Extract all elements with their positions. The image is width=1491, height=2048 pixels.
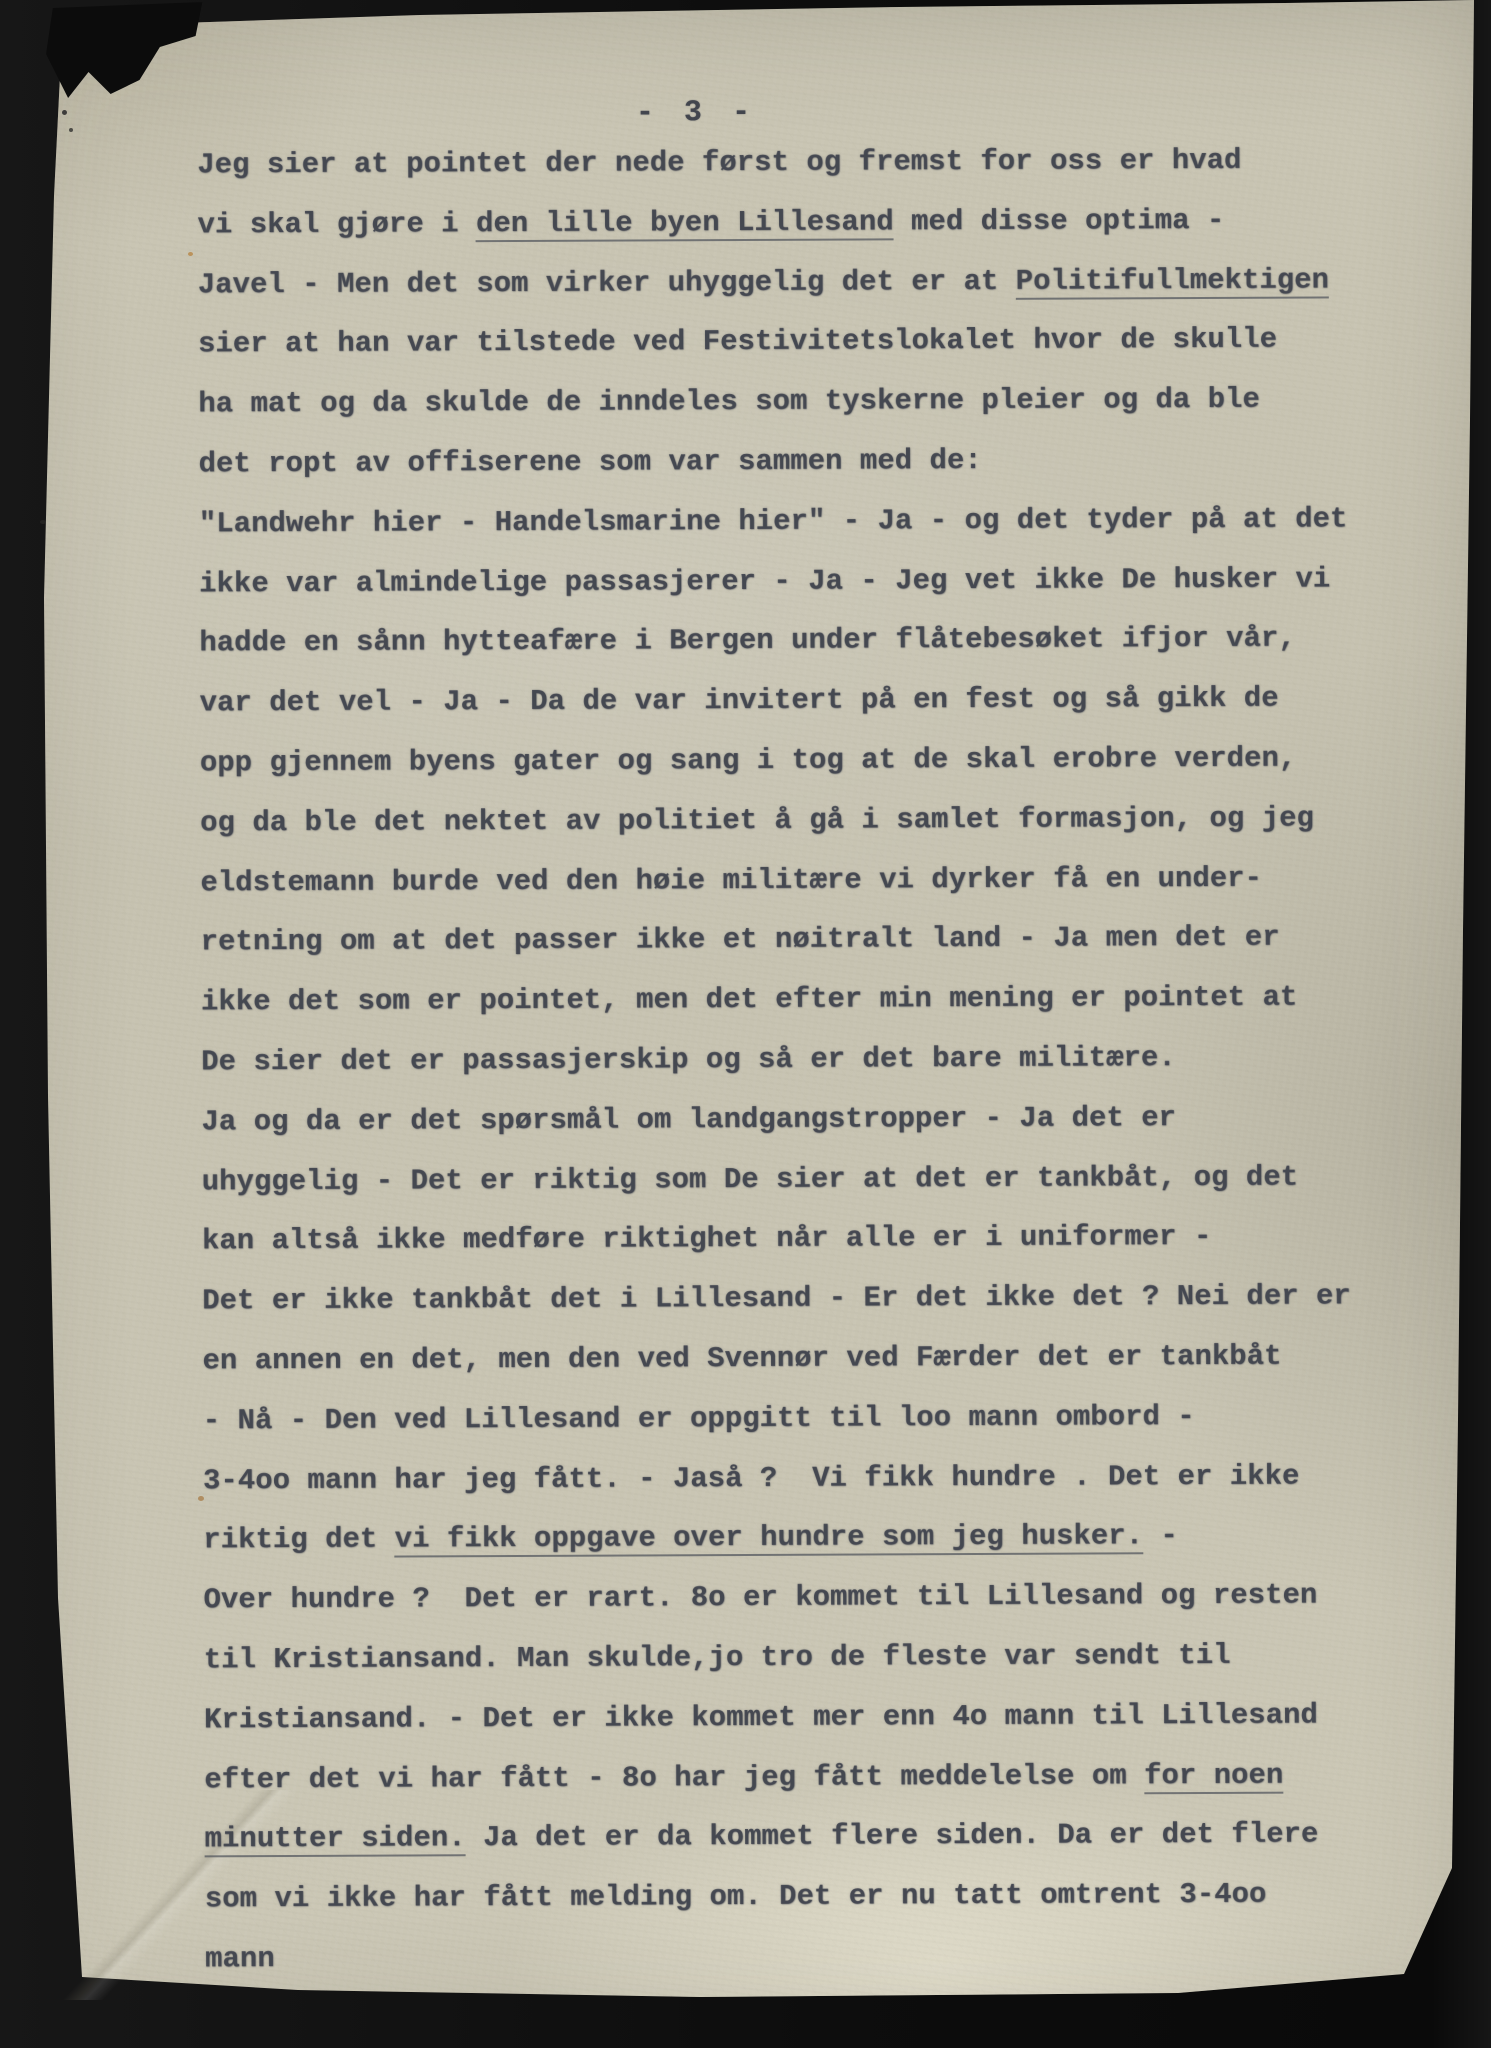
text-line: og da ble det nektet av politiet å gå i … bbox=[200, 788, 1400, 853]
text-line: "Landwehr hier - Handelsmarine hier" - J… bbox=[199, 489, 1399, 554]
text-line: Kristiansand. - Det er ikke kommet mer e… bbox=[204, 1685, 1404, 1750]
page-number: - 3 - bbox=[636, 96, 756, 131]
text-segment: med disse optima - bbox=[894, 204, 1225, 238]
text-segment: hadde en sånn hytteafære i Bergen under … bbox=[199, 622, 1296, 660]
text-line: De sier det er passasjerskip og så er de… bbox=[201, 1027, 1401, 1092]
underlined-text-segment: den lille byen Lillesand bbox=[476, 205, 894, 242]
text-segment: og da ble det nektet av politiet å gå i … bbox=[200, 801, 1314, 839]
text-segment: efter det vi har fått - 8o har jeg fått … bbox=[204, 1759, 1144, 1796]
text-segment: Over hundre ? Det er rart. 8o er kommet … bbox=[203, 1579, 1317, 1617]
text-segment: en annen en det, men den ved Svennør ved… bbox=[202, 1340, 1281, 1378]
text-line: var det vel - Ja - Da de var invitert på… bbox=[199, 668, 1399, 733]
text-segment: ikke det som er pointet, men det efter m… bbox=[201, 981, 1298, 1019]
text-segment: som vi ikke har fått melding om. Det er … bbox=[205, 1878, 1267, 1916]
text-segment: kan altså ikke medføre riktighet når all… bbox=[202, 1220, 1212, 1257]
text-segment: Det er ikke tankbåt det i Lillesand - Er… bbox=[202, 1280, 1351, 1318]
text-segment: Ja det er da kommet flere siden. Da er d… bbox=[466, 1818, 1319, 1855]
text-line: som vi ikke har fått melding om. Det er … bbox=[205, 1864, 1405, 1929]
text-line: efter det vi har fått - 8o har jeg fått … bbox=[204, 1745, 1404, 1810]
text-segment: De sier det er passasjerskip og så er de… bbox=[201, 1041, 1176, 1078]
text-segment: uhyggelig - Det er riktig som De sier at… bbox=[202, 1160, 1299, 1198]
photo-backdrop: - 3 - Jeg sier at pointet der nede først… bbox=[0, 0, 1491, 2048]
text-line: sier at han var tilstede ved Festivitets… bbox=[198, 310, 1398, 375]
text-line: det ropt av offiserene som var sammen me… bbox=[198, 429, 1398, 494]
text-line: ha mat og da skulde de inndeles som tysk… bbox=[198, 369, 1398, 434]
text-segment: til Kristiansand. Man skulde,jo tro de f… bbox=[204, 1639, 1231, 1676]
text-line: mann bbox=[205, 1924, 1405, 1989]
text-segment: eldstemann burde ved den høie militære v… bbox=[200, 861, 1262, 899]
underlined-text-segment: for noen bbox=[1144, 1758, 1283, 1794]
text-segment: 3-4oo mann har jeg fått. - Jaså ? Vi fik… bbox=[203, 1459, 1300, 1497]
text-line: minutter siden. Ja det er da kommet fler… bbox=[204, 1804, 1404, 1869]
text-segment: ha mat og da skulde de inndeles som tysk… bbox=[198, 383, 1260, 421]
text-segment: retning om at det passer ikke et nøitral… bbox=[201, 921, 1280, 959]
text-segment: Kristiansand. - Det er ikke kommet mer e… bbox=[204, 1698, 1318, 1736]
typewritten-text-block: Jeg sier at pointet der nede først og fr… bbox=[197, 130, 1405, 1989]
text-segment: opp gjennem byens gater og sang i tog at… bbox=[200, 742, 1297, 780]
text-line: Javel - Men det som virker uhyggelig det… bbox=[198, 250, 1398, 315]
text-segment: Ja og da er det spørsmål om landgangstro… bbox=[201, 1101, 1176, 1138]
text-line: 3-4oo mann har jeg fått. - Jaså ? Vi fik… bbox=[203, 1446, 1403, 1511]
text-line: Jeg sier at pointet der nede først og fr… bbox=[197, 130, 1397, 195]
text-segment: - Nå - Den ved Lillesand er oppgitt til … bbox=[203, 1400, 1195, 1437]
text-line: Over hundre ? Det er rart. 8o er kommet … bbox=[203, 1565, 1403, 1630]
text-segment: det ropt av offiserene som var sammen me… bbox=[198, 444, 981, 480]
text-line: ikke var almindelige passasjerer - Ja - … bbox=[199, 549, 1399, 614]
text-line: vi skal gjøre i den lille byen Lillesand… bbox=[197, 190, 1397, 255]
typewritten-page: - 3 - Jeg sier at pointet der nede først… bbox=[0, 0, 1491, 2048]
text-line: ikke det som er pointet, men det efter m… bbox=[201, 967, 1401, 1032]
text-line: - Nå - Den ved Lillesand er oppgitt til … bbox=[203, 1386, 1403, 1451]
text-segment: mann bbox=[205, 1942, 275, 1975]
text-segment: Javel - Men det som virker uhyggelig det… bbox=[198, 264, 1016, 301]
text-line: uhyggelig - Det er riktig som De sier at… bbox=[202, 1147, 1402, 1212]
text-segment: vi skal gjøre i bbox=[197, 207, 476, 241]
text-segment: riktig det bbox=[203, 1523, 395, 1557]
text-line: til Kristiansand. Man skulde,jo tro de f… bbox=[204, 1625, 1404, 1690]
text-segment: - bbox=[1143, 1519, 1178, 1552]
text-line: Ja og da er det spørsmål om landgangstro… bbox=[201, 1087, 1401, 1152]
text-line: eldstemann burde ved den høie militære v… bbox=[200, 848, 1400, 913]
underlined-text-segment: Politifullmektigen bbox=[1016, 263, 1329, 299]
underlined-text-segment: minutter siden. bbox=[204, 1822, 465, 1858]
text-line: retning om at det passer ikke et nøitral… bbox=[201, 908, 1401, 973]
text-line: opp gjennem byens gater og sang i tog at… bbox=[200, 728, 1400, 793]
text-segment: sier at han var tilstede ved Festivitets… bbox=[198, 323, 1277, 361]
text-segment: var det vel - Ja - Da de var invitert på… bbox=[200, 682, 1279, 720]
text-segment: "Landwehr hier - Handelsmarine hier" - J… bbox=[199, 502, 1348, 540]
text-line: kan altså ikke medføre riktighet når all… bbox=[202, 1206, 1402, 1271]
underlined-text-segment: vi fikk oppgave over hundre som jeg husk… bbox=[395, 1520, 1143, 1558]
text-segment: ikke var almindelige passasjerer - Ja - … bbox=[199, 562, 1330, 600]
text-line: riktig det vi fikk oppgave over hundre s… bbox=[203, 1505, 1403, 1570]
text-line: en annen en det, men den ved Svennør ved… bbox=[202, 1326, 1402, 1391]
text-segment: Jeg sier at pointet der nede først og fr… bbox=[197, 144, 1241, 182]
text-line: Det er ikke tankbåt det i Lillesand - Er… bbox=[202, 1266, 1402, 1331]
text-line: hadde en sånn hytteafære i Bergen under … bbox=[199, 609, 1399, 674]
